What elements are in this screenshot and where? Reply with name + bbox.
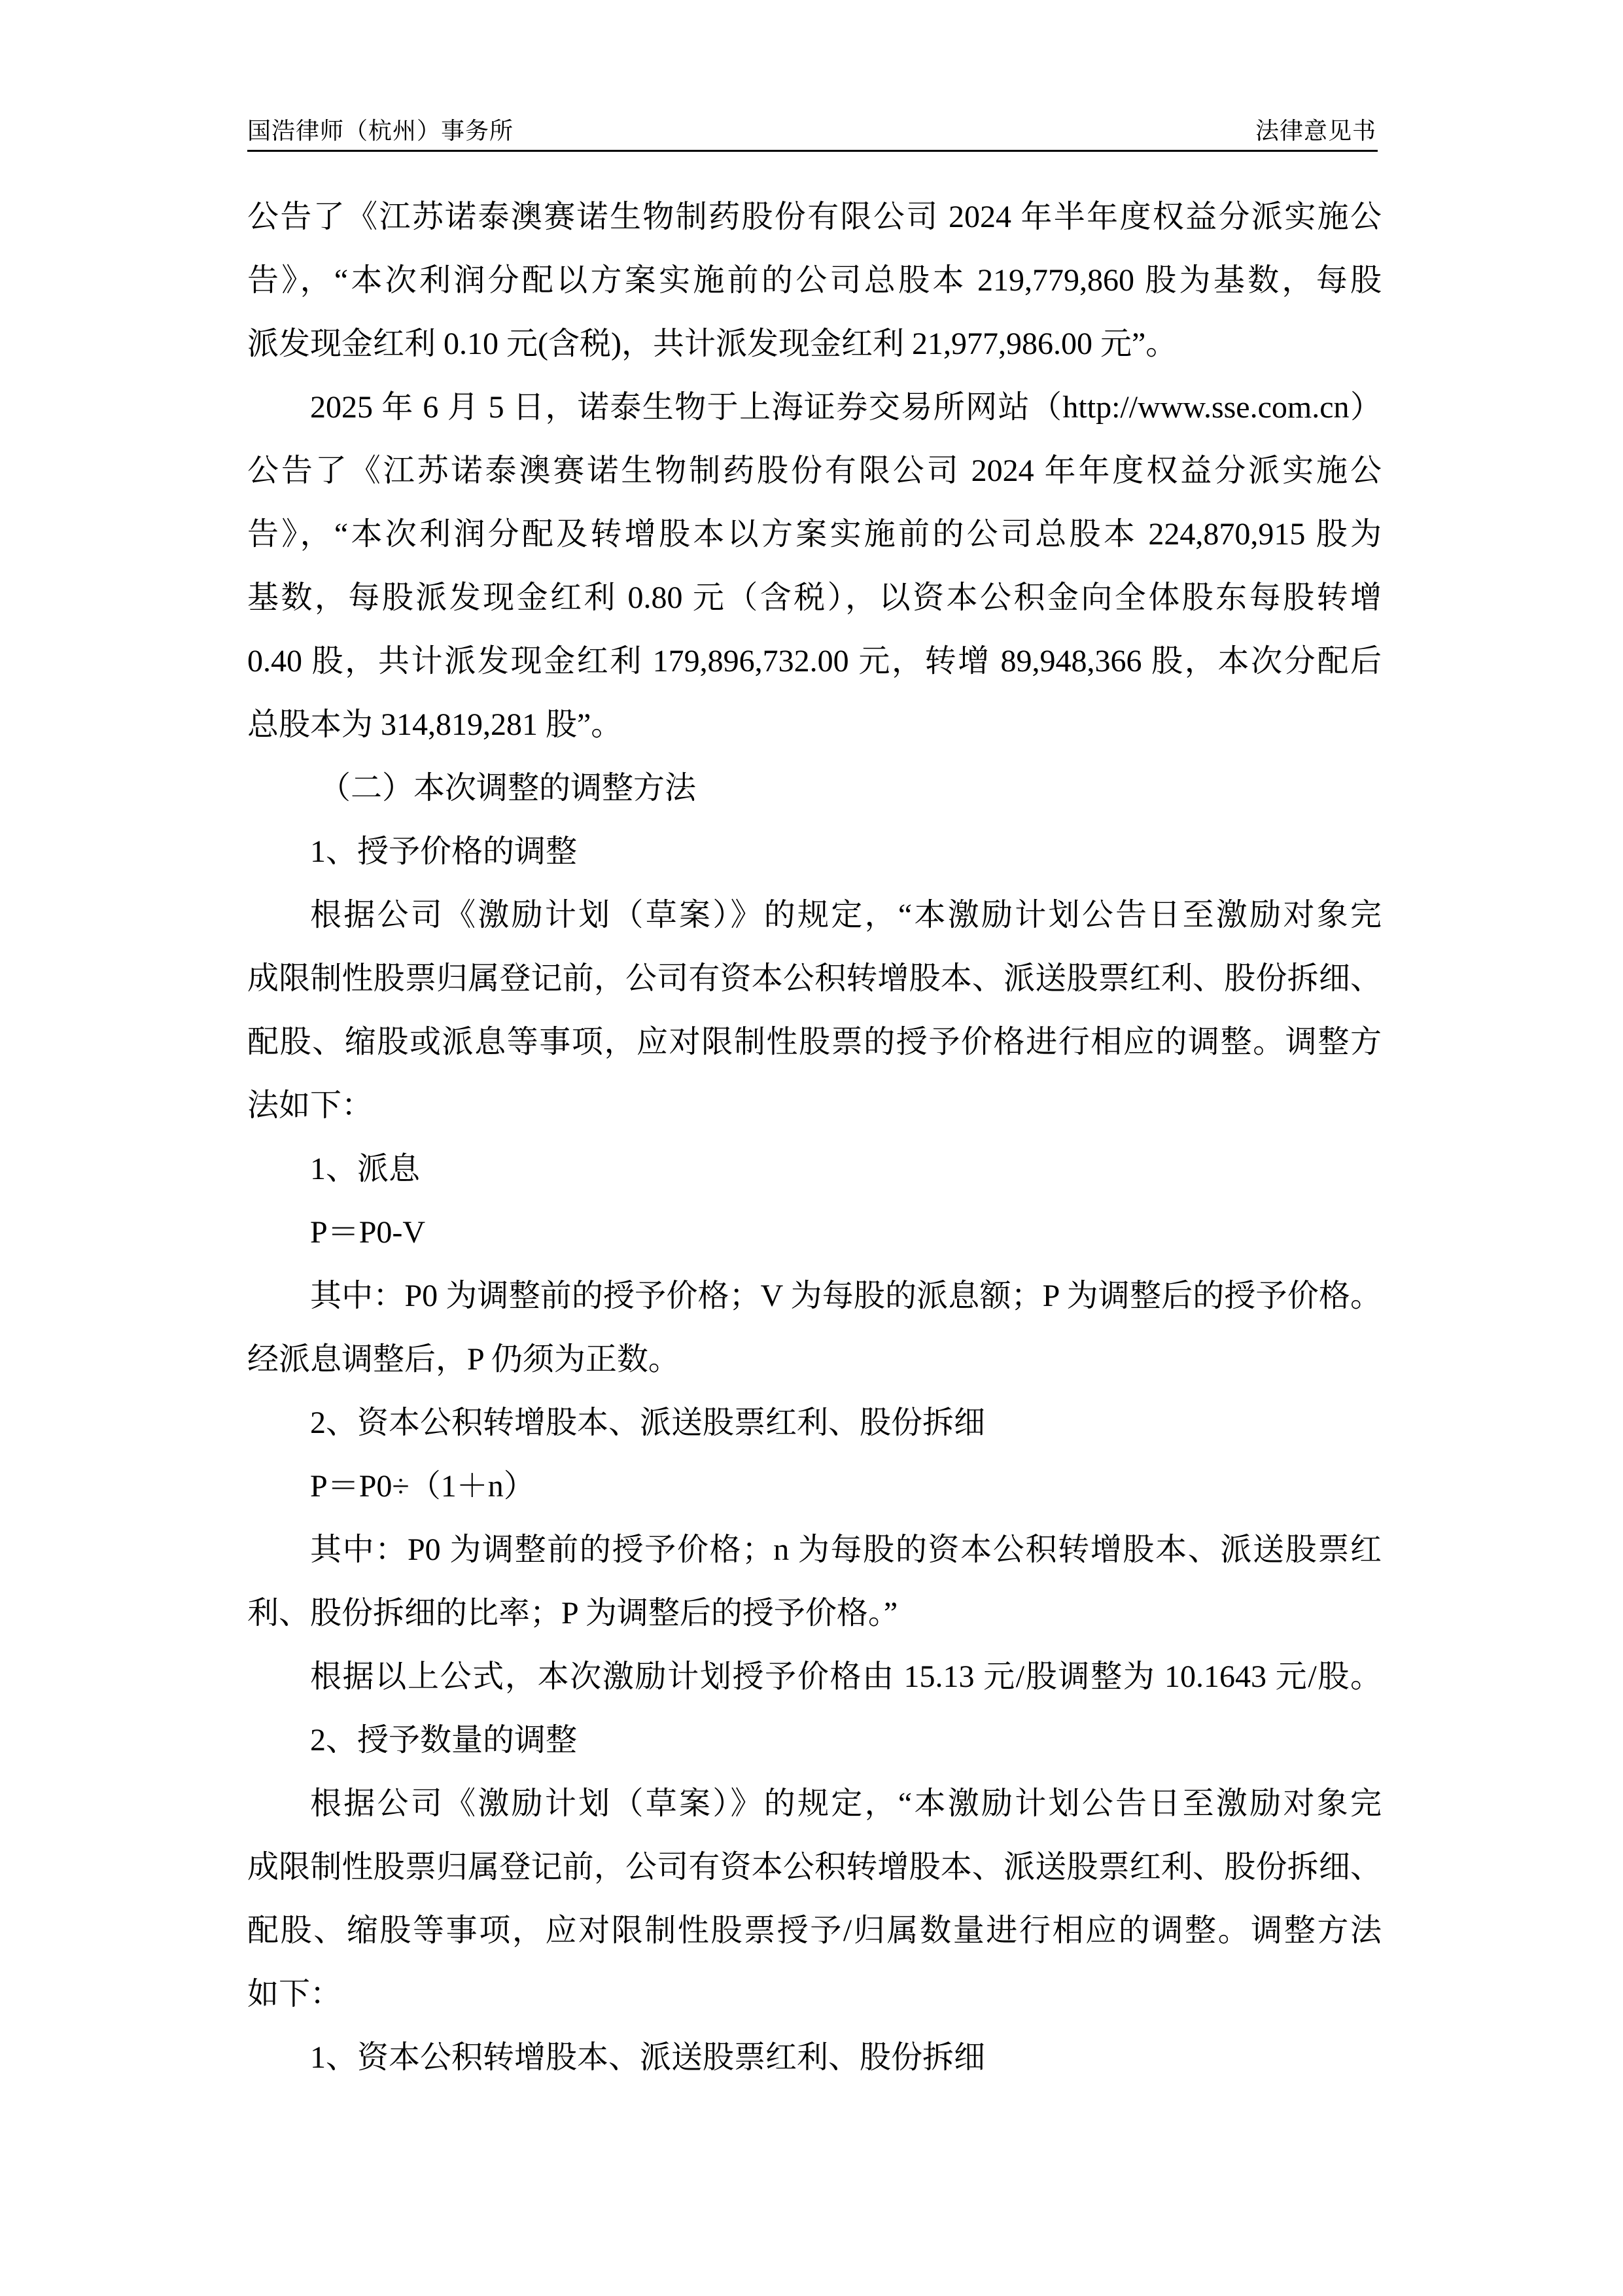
text-line: 成限制性股票归属登记前，公司有资本公积转增股本、派送股票红利、股份拆细、 (247, 1848, 1382, 1911)
text-line: 1、派息 (247, 1150, 1382, 1213)
text-line: 配股、缩股等事项，应对限制性股票授予/归属数量进行相应的调整。调整方法 (247, 1911, 1382, 1975)
text-line: 2、资本公积转增股本、派送股票红利、股份拆细 (247, 1404, 1382, 1467)
text-line: 1、资本公积转增股本、派送股票红利、股份拆细 (247, 2038, 1382, 2102)
text-line: 2025 年 6 月 5 日，诺泰生物于上海证券交易所网站（http://www… (247, 388, 1382, 451)
document-body: 公告了《江苏诺泰澳赛诺生物制药股份有限公司 2024 年半年度权益分派实施公告》… (247, 198, 1382, 2102)
text-line: （二）本次调整的调整方法 (247, 769, 1382, 832)
text-line: 根据公司《激励计划（草案）》的规定，“本激励计划公告日至激励对象完 (247, 896, 1382, 959)
text-line: 公告了《江苏诺泰澳赛诺生物制药股份有限公司 2024 年半年度权益分派实施公 (247, 198, 1382, 261)
text-line: 告》，“本次利润分配以方案实施前的公司总股本 219,779,860 股为基数，… (247, 261, 1382, 325)
text-line: 成限制性股票归属登记前，公司有资本公积转增股本、派送股票红利、股份拆细、 (247, 959, 1382, 1023)
text-line: 1、授予价格的调整 (247, 832, 1382, 896)
law-firm-name: 国浩律师（杭州）事务所 (247, 116, 514, 145)
text-line: 基数，每股派发现金红利 0.80 元（含税），以资本公积金向全体股东每股转增 (247, 578, 1382, 642)
text-line: 利、股份拆细的比率；P 为调整后的授予价格。” (247, 1594, 1382, 1657)
text-line: 0.40 股，共计派发现金红利 179,896,732.00 元，转增 89,9… (247, 642, 1382, 705)
text-line: 法如下： (247, 1086, 1382, 1150)
text-line: 其中：P0 为调整前的授予价格；V 为每股的派息额；P 为调整后的授予价格。 (247, 1277, 1382, 1340)
text-line: 公告了《江苏诺泰澳赛诺生物制药股份有限公司 2024 年年度权益分派实施公 (247, 451, 1382, 515)
text-line: 2、授予数量的调整 (247, 1721, 1382, 1784)
text-line: P＝P0-V (247, 1213, 1382, 1277)
text-line: 总股本为 314,819,281 股”。 (247, 705, 1382, 769)
header-divider (247, 150, 1378, 152)
text-line: 配股、缩股或派息等事项，应对限制性股票的授予价格进行相应的调整。调整方 (247, 1023, 1382, 1086)
text-line: 根据公司《激励计划（草案）》的规定，“本激励计划公告日至激励对象完 (247, 1784, 1382, 1848)
text-line: 派发现金红利 0.10 元(含税)，共计派发现金红利 21,977,986.00… (247, 325, 1382, 388)
page-header: 国浩律师（杭州）事务所 法律意见书 (247, 113, 1379, 149)
text-line: 如下： (247, 1975, 1382, 2038)
document-type: 法律意见书 (1255, 116, 1376, 145)
text-line: 经派息调整后，P 仍须为正数。 (247, 1340, 1382, 1404)
text-line: 告》，“本次利润分配及转增股本以方案实施前的公司总股本 224,870,915 … (247, 515, 1382, 578)
text-line: 根据以上公式，本次激励计划授予价格由 15.13 元/股调整为 10.1643 … (247, 1657, 1382, 1721)
text-line: P＝P0÷（1＋n） (247, 1467, 1382, 1530)
text-line: 其中：P0 为调整前的授予价格；n 为每股的资本公积转增股本、派送股票红 (247, 1530, 1382, 1594)
